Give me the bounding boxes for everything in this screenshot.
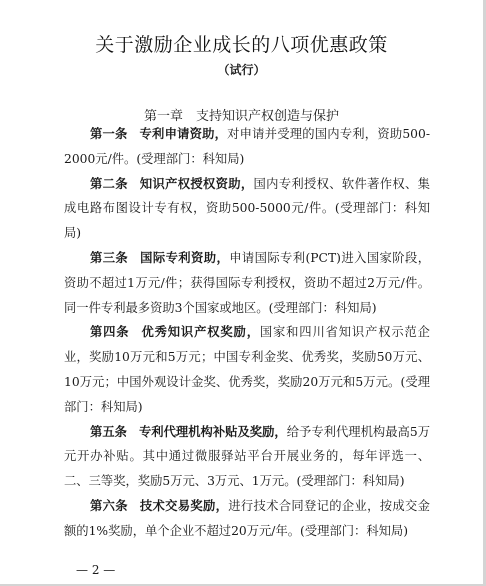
article-heading: 专利申请资助， [140,126,228,141]
article-5: 第五条专利代理机构补贴及奖励，给予专利代理机构最高5万元开办补贴。其中通过微服驿… [64,420,430,494]
article-heading: 技术交易奖励， [140,498,228,513]
page-number: — 2 — [76,563,115,577]
article-number: 第三条 [90,250,128,265]
article-heading: 优秀知识产权奖励， [141,324,259,339]
article-3: 第三条国际专利资助，申请国际专利(PCT)进入国家阶段，资助不超过1万元/件；获… [64,246,430,320]
article-number: 第二条 [90,176,128,191]
article-number: 第一条 [90,126,128,141]
article-number: 第四条 [90,324,129,339]
article-heading: 专利代理机构补贴及奖励， [139,424,287,439]
article-4: 第四条优秀知识产权奖励，国家和四川省知识产权示范企业，奖励10万元和5万元；中国… [64,320,430,419]
document-title: 关于激励企业成长的八项优惠政策 [0,30,483,57]
document-body: 第一条专利申请资助，对申请并受理的国内专利，资助500-2000元/件。(受理部… [64,122,430,544]
document-subtitle: （试行） [0,61,483,78]
article-2: 第二条知识产权授权资助，国内专利授权、软件著作权、集成电路布图设计专有权，资助5… [64,172,430,246]
article-heading: 国际专利资助， [140,250,229,265]
article-1: 第一条专利申请资助，对申请并受理的国内专利，资助500-2000元/件。(受理部… [64,122,430,172]
article-number: 第五条 [90,424,127,439]
article-number: 第六条 [90,498,128,513]
article-heading: 知识产权授权资助， [140,176,254,191]
document-page: 关于激励企业成长的八项优惠政策 （试行） 第一章 支持知识产权创造与保护 第一条… [0,0,483,584]
article-6: 第六条技术交易奖励，进行技术合同登记的企业，按成交金额的1%奖励，单个企业不超过… [64,494,430,544]
